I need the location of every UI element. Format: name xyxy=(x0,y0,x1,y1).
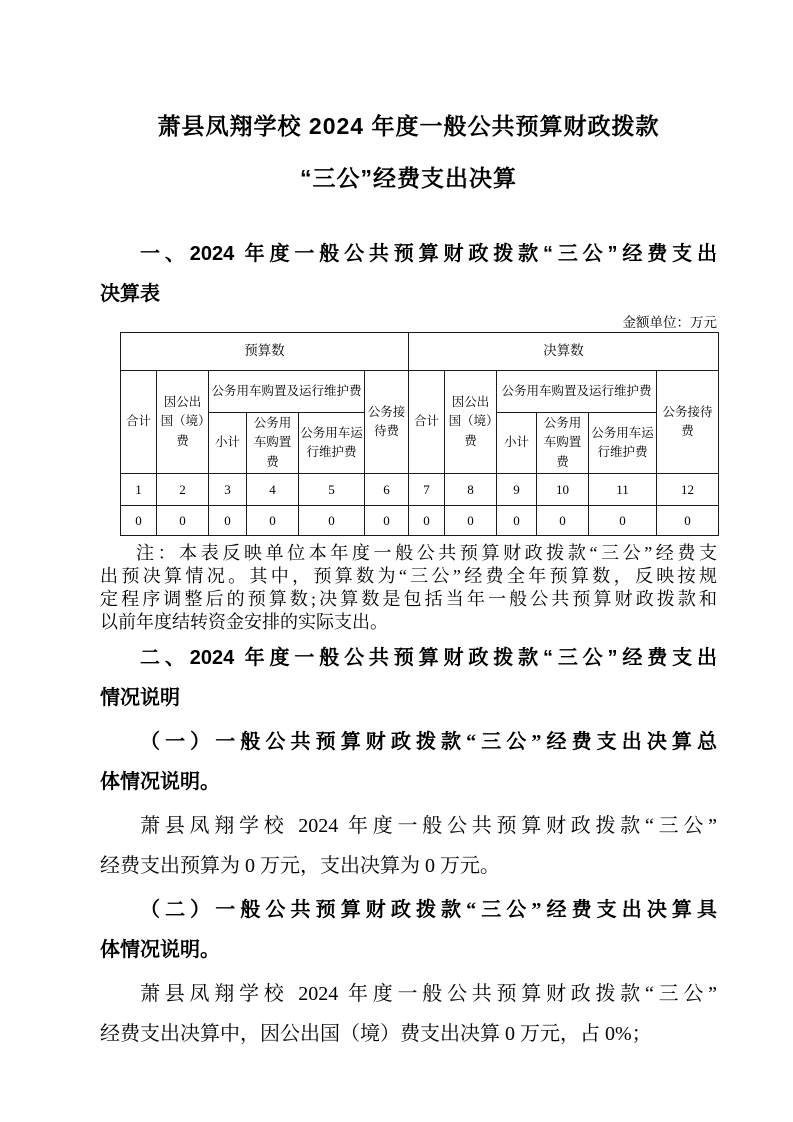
col-header-budget-purchase: 公务用车购置费 xyxy=(247,413,299,474)
subsection2-heading-line-2: 体情况说明。 xyxy=(100,930,717,970)
index-cell: 5 xyxy=(299,474,365,506)
three-public-expense-table: 预算数 决算数 合计 因公出国（境）费 公务用车购置及运行维护费 公务接待费 合… xyxy=(120,332,719,536)
group-header-final: 决算数 xyxy=(409,333,719,371)
index-cell: 4 xyxy=(247,474,299,506)
value-cell: 0 xyxy=(299,506,365,536)
col-header-final-vehicle-group: 公务用车购置及运行维护费 xyxy=(497,371,657,413)
table-row-column-numbers: 1 2 3 4 5 6 7 8 9 10 11 12 xyxy=(121,474,719,506)
col-header-final-purchase: 公务用车购置费 xyxy=(537,413,589,474)
subsection2-paragraph-line-2: 经费支出决算中，因公出国（境）费支出决算 0 万元，占 0%； xyxy=(100,1014,717,1054)
section2-heading-line-2: 情况说明 xyxy=(100,678,717,718)
col-header-budget-subtotal: 小计 xyxy=(209,413,247,474)
document-title: 萧县凤翔学校 2024 年度一般公共预算财政拨款 “三公”经费支出决算 xyxy=(100,100,717,204)
col-header-final-total: 合计 xyxy=(409,371,445,474)
title-line-1: 萧县凤翔学校 2024 年度一般公共预算财政拨款 xyxy=(100,100,717,152)
index-cell: 10 xyxy=(537,474,589,506)
title-line-2: “三公”经费支出决算 xyxy=(100,152,717,204)
subsection2-paragraph: 萧县凤翔学校 2024 年度一般公共预算财政拨款“三公” 经费支出决算中，因公出… xyxy=(100,974,717,1054)
table-row-values: 0 0 0 0 0 0 0 0 0 0 0 0 xyxy=(121,506,719,536)
value-cell: 0 xyxy=(209,506,247,536)
subsection2-heading: （二）一般公共预算财政拨款“三公”经费支出决算具 体情况说明。 xyxy=(100,890,717,970)
subsection2-paragraph-line-1: 萧县凤翔学校 2024 年度一般公共预算财政拨款“三公” xyxy=(100,974,717,1014)
value-cell: 0 xyxy=(121,506,157,536)
col-header-budget-total: 合计 xyxy=(121,371,157,474)
col-header-final-reception: 公务接待费 xyxy=(657,371,719,474)
col-header-final-subtotal: 小计 xyxy=(497,413,537,474)
value-cell: 0 xyxy=(445,506,497,536)
section1-heading-line-2: 决算表 xyxy=(100,274,717,314)
col-header-budget-reception: 公务接待费 xyxy=(365,371,409,474)
value-cell: 0 xyxy=(247,506,299,536)
unit-note: 金额单位：万元 xyxy=(100,314,717,332)
subsection1-paragraph: 萧县凤翔学校 2024 年度一般公共预算财政拨款“三公” 经费支出预算为 0 万… xyxy=(100,806,717,886)
index-cell: 11 xyxy=(589,474,657,506)
subsection1-heading-line-1: （一）一般公共预算财政拨款“三公”经费支出决算总 xyxy=(100,722,717,762)
index-cell: 2 xyxy=(157,474,209,506)
col-header-budget-maintenance: 公务用车运行维护费 xyxy=(299,413,365,474)
index-cell: 8 xyxy=(445,474,497,506)
section1-heading: 一、2024 年度一般公共预算财政拨款“三公”经费支出 决算表 xyxy=(100,234,717,314)
subsection1-paragraph-line-2: 经费支出预算为 0 万元，支出决算为 0 万元。 xyxy=(100,846,717,886)
col-header-budget-vehicle-group: 公务用车购置及运行维护费 xyxy=(209,371,365,413)
col-header-final-maintenance: 公务用车运行维护费 xyxy=(589,413,657,474)
section2-heading-line-1: 二、2024 年度一般公共预算财政拨款“三公”经费支出 xyxy=(100,638,717,678)
table-note-line-3: 定程序调整后的预算数;决算数是包括当年一般公共预算财政拨款和 xyxy=(100,588,717,611)
section2-heading: 二、2024 年度一般公共预算财政拨款“三公”经费支出 情况说明 xyxy=(100,638,717,718)
col-header-budget-abroad: 因公出国（境）费 xyxy=(157,371,209,474)
value-cell: 0 xyxy=(157,506,209,536)
subsection1-heading-line-2: 体情况说明。 xyxy=(100,762,717,802)
subsection1-paragraph-line-1: 萧县凤翔学校 2024 年度一般公共预算财政拨款“三公” xyxy=(100,806,717,846)
subsection1-heading: （一）一般公共预算财政拨款“三公”经费支出决算总 体情况说明。 xyxy=(100,722,717,802)
document-page: 萧县凤翔学校 2024 年度一般公共预算财政拨款 “三公”经费支出决算 一、20… xyxy=(0,0,793,1122)
col-header-final-abroad: 因公出国（境）费 xyxy=(445,371,497,474)
index-cell: 1 xyxy=(121,474,157,506)
subsection2-heading-line-1: （二）一般公共预算财政拨款“三公”经费支出决算具 xyxy=(100,890,717,930)
table-row-group-headers: 预算数 决算数 xyxy=(121,333,719,371)
index-cell: 9 xyxy=(497,474,537,506)
table-note-line-1: 注：本表反映单位本年度一般公共预算财政拨款“三公”经费支 xyxy=(100,542,717,565)
section1-heading-line-1: 一、2024 年度一般公共预算财政拨款“三公”经费支出 xyxy=(100,234,717,274)
value-cell: 0 xyxy=(657,506,719,536)
index-cell: 6 xyxy=(365,474,409,506)
table-row-column-headers: 合计 因公出国（境）费 公务用车购置及运行维护费 公务接待费 合计 因公出国（境… xyxy=(121,371,719,413)
table-note: 注：本表反映单位本年度一般公共预算财政拨款“三公”经费支 出预决算情况。其中，预… xyxy=(100,542,717,634)
value-cell: 0 xyxy=(497,506,537,536)
table-note-line-2: 出预决算情况。其中，预算数为“三公”经费全年预算数，反映按规 xyxy=(100,565,717,588)
index-cell: 3 xyxy=(209,474,247,506)
value-cell: 0 xyxy=(537,506,589,536)
value-cell: 0 xyxy=(409,506,445,536)
group-header-budget: 预算数 xyxy=(121,333,409,371)
value-cell: 0 xyxy=(365,506,409,536)
table-note-line-4: 以前年度结转资金安排的实际支出。 xyxy=(100,611,717,634)
index-cell: 12 xyxy=(657,474,719,506)
index-cell: 7 xyxy=(409,474,445,506)
value-cell: 0 xyxy=(589,506,657,536)
